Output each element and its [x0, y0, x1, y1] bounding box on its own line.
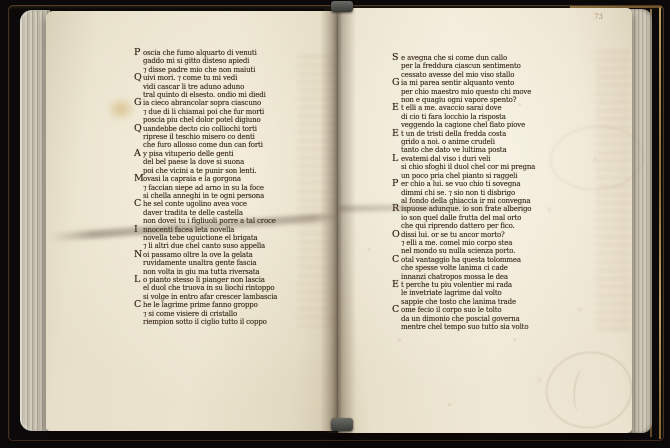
- verse-text: he sel conte ugolino avea voce: [143, 200, 247, 208]
- verse-text: he le lagrime prime fanno groppo: [143, 301, 258, 309]
- tercet-initial: C: [392, 256, 401, 264]
- verse-line: Per chio a lui. se vuo chio ti sovegna: [392, 180, 535, 188]
- verse-line: nel mondo su nulla scienza porto.: [392, 247, 535, 255]
- verse-line: non dovei tu i figliuoli porre a tal cro…: [134, 217, 277, 225]
- ink-showthrough: [596, 50, 630, 332]
- verse-text: ome fecio il corpo suo le tolto: [401, 306, 501, 314]
- verse-text: e avegna che si come dun callo: [401, 54, 507, 62]
- folio-number: 73: [594, 13, 603, 21]
- verse-text: t perche tu piu volentier mi rada: [401, 281, 512, 289]
- verse-line: per la freddura ciascun sentimento: [392, 62, 535, 70]
- verse-text: dissi lui. or se tu ancor morto?: [401, 231, 505, 239]
- verse-line: le invetriate lagrime dal volto: [392, 289, 535, 297]
- verse-line: gaddo mi si gitto disteso apiedi: [134, 57, 277, 65]
- verse-line: el duol che truova in su liochi rintoppo: [134, 284, 277, 292]
- tercet-initial: G: [134, 99, 143, 107]
- tercet-initial: L: [134, 276, 143, 284]
- verse-text: ispuose adunque. io son frate alberigo: [401, 205, 531, 213]
- verse-text: otal vantaggio ha questa tolommea: [401, 256, 521, 264]
- verse-text: oscia che fumo alquarto di venuti: [143, 49, 257, 57]
- verse-line: dimmi chi se. ⁊ sio non ti disbrigo: [392, 189, 535, 197]
- verse-line: che qui riprendo dattero per fico.: [392, 222, 535, 230]
- verse-line: cessato avesse del mio viso stallo: [392, 71, 535, 79]
- verse-line: Che le lagrime prime fanno groppo: [134, 301, 277, 309]
- showthrough-roundel: [548, 123, 646, 193]
- verse-line: ruvidamente unaltra gente fascia: [134, 259, 277, 267]
- tercet-initial: G: [392, 79, 401, 87]
- tercet-initial: E: [392, 281, 401, 289]
- left-text-column: Poscia che fumo alquarto di venutigaddo …: [134, 49, 277, 326]
- verse-line: che spesse volte lanima ci cade: [392, 264, 535, 272]
- verse-text: t elli a me. avaccio sarai dove: [401, 104, 501, 112]
- verse-text: uandebbe decto cio colliochi torti: [143, 125, 257, 133]
- verse-line: Che sel conte ugolino avea voce: [134, 200, 277, 208]
- verse-line: ⁊ faccian siepe ad arno in su la foce: [134, 184, 277, 192]
- verse-line: poscia piu chel dolor potel digiuno: [134, 116, 277, 124]
- tercet-initial: C: [134, 301, 143, 309]
- verse-text: oi passamo oltre la ove la gelata: [143, 251, 253, 259]
- tercet-initial: L: [392, 155, 401, 163]
- tercet-initial: O: [392, 231, 401, 239]
- headband-bottom: [331, 418, 353, 431]
- tercet-initial: E: [392, 130, 401, 138]
- tercet-initial: R: [392, 205, 401, 213]
- tercet-initial: S: [392, 54, 401, 62]
- verse-line: riempion sotto il ciglio tutto il coppo: [134, 318, 277, 326]
- tercet-initial: E: [392, 104, 401, 112]
- verse-line: Et elli a me. avaccio sarai dove: [392, 104, 535, 112]
- verse-text: t un de tristi della fredda costa: [401, 130, 506, 138]
- verse-text: uivi mori. ⁊ come tu mi vedi: [143, 74, 237, 82]
- tercet-initial: P: [134, 49, 143, 57]
- verse-line: si chio sfoghi il duol chel cor mi pregn…: [392, 163, 535, 171]
- verse-line: Innocenti facea leta novella: [134, 226, 277, 234]
- tercet-initial: Q: [134, 125, 143, 133]
- verse-line: da un dimonio che poscial governa: [392, 315, 535, 323]
- verse-line: di cio ti fara locchio la risposta: [392, 113, 535, 121]
- verse-line: sappie che tosto che lanima trade: [392, 298, 535, 306]
- verse-line: Gia cieco abrancolar sopra ciascuno: [134, 99, 277, 107]
- verse-line: Come fecio il corpo suo le tolto: [392, 306, 535, 314]
- verse-line: mentre chel tempo suo tutto sia volto: [392, 323, 535, 331]
- verse-line: ⁊ si come visiere di cristallo: [134, 310, 277, 318]
- tercet-initial: M: [134, 175, 143, 183]
- verse-line: Quivi mori. ⁊ come tu mi vedi: [134, 74, 277, 82]
- right-page: 73 Se avegna che si come dun calloper la…: [338, 8, 632, 433]
- verse-line: per chio maestro mio questo chi move: [392, 88, 535, 96]
- ink-showthrough: [298, 55, 334, 327]
- verse-text: nnocenti facea leta novella: [143, 226, 234, 234]
- gilt-edge: [659, 7, 661, 439]
- faint-sketch-circle: [541, 346, 637, 433]
- tercet-initial: C: [392, 306, 401, 314]
- verse-text: ovasi la capraia e la gorgona: [143, 175, 241, 183]
- verse-line: poi che vicini a te punir son lenti.: [134, 167, 277, 175]
- verse-line: Et un de tristi della fredda costa: [392, 130, 535, 138]
- verse-line: che furo allosso come dun can forti: [134, 141, 277, 149]
- parchment-stain: [106, 97, 136, 121]
- verse-text: er chio a lui. se vuo chio ti sovegna: [401, 180, 520, 188]
- verse-line: tanto che dato ve lultima posta: [392, 146, 535, 154]
- verse-line: Odissi lui. or se tu ancor morto?: [392, 231, 535, 239]
- left-page: Poscia che fumo alquarto di venutigaddo …: [46, 11, 338, 431]
- verse-line: Rispuose adunque. io son frate alberigo: [392, 205, 535, 213]
- verse-line: Cotal vantaggio ha questa tolommea: [392, 256, 535, 264]
- verse-line: veggendo la cagione chel fiato piove: [392, 121, 535, 129]
- tercet-initial: N: [134, 251, 143, 259]
- verse-text: y pisa vituperio delle genti: [143, 150, 234, 158]
- tercet-initial: P: [392, 180, 401, 188]
- verse-line: vidi cascar li tre aduno aduno: [134, 83, 277, 91]
- verse-text: ia mi parea sentir alquanto vento: [401, 79, 514, 87]
- verse-line: ⁊ li altri due chel canto suso appella: [134, 242, 277, 250]
- verse-line: Gia mi parea sentir alquanto vento: [392, 79, 535, 87]
- verse-line: innanzi chatropos mossa le dea: [392, 273, 535, 281]
- tercet-initial: I: [134, 226, 143, 234]
- verse-line: daver tradita te delle castella: [134, 209, 277, 217]
- right-text-column: Se avegna che si come dun calloper la fr…: [392, 54, 535, 331]
- verse-line: ⁊ due di li chiamai poi che fur morti: [134, 108, 277, 116]
- verse-text: o pianto stesso li pianger non lascia: [143, 276, 265, 284]
- verse-line: non volta in giu ma tutta riversata: [134, 268, 277, 276]
- verse-line: un poco pria chel pianto si raggeli: [392, 172, 535, 180]
- headband-top: [331, 1, 353, 12]
- verse-line: io son quel dalle frutta del mal orto: [392, 214, 535, 222]
- tercet-initial: C: [134, 200, 143, 208]
- verse-line: del bel paese la dove si suona: [134, 158, 277, 166]
- verse-text: ia cieco abrancolar sopra ciascuno: [143, 99, 261, 107]
- verse-line: si volge in entro afar crescer lambascia: [134, 293, 277, 301]
- verse-line: Quandebbe decto cio colliochi torti: [134, 125, 277, 133]
- verse-line: Noi passamo oltre la ove la gelata: [134, 251, 277, 259]
- tercet-initial: Q: [134, 74, 143, 82]
- verse-line: ⁊ disse padre mio che non maiuti: [134, 66, 277, 74]
- photo-backdrop: Poscia che fumo alquarto di venutigaddo …: [0, 0, 670, 448]
- verse-text: evatemi dal viso i duri veli: [401, 155, 490, 163]
- tercet-initial: A: [134, 150, 143, 158]
- faint-sketch-flourish: [572, 367, 592, 412]
- verse-line: Movasi la capraia e la gorgona: [134, 175, 277, 183]
